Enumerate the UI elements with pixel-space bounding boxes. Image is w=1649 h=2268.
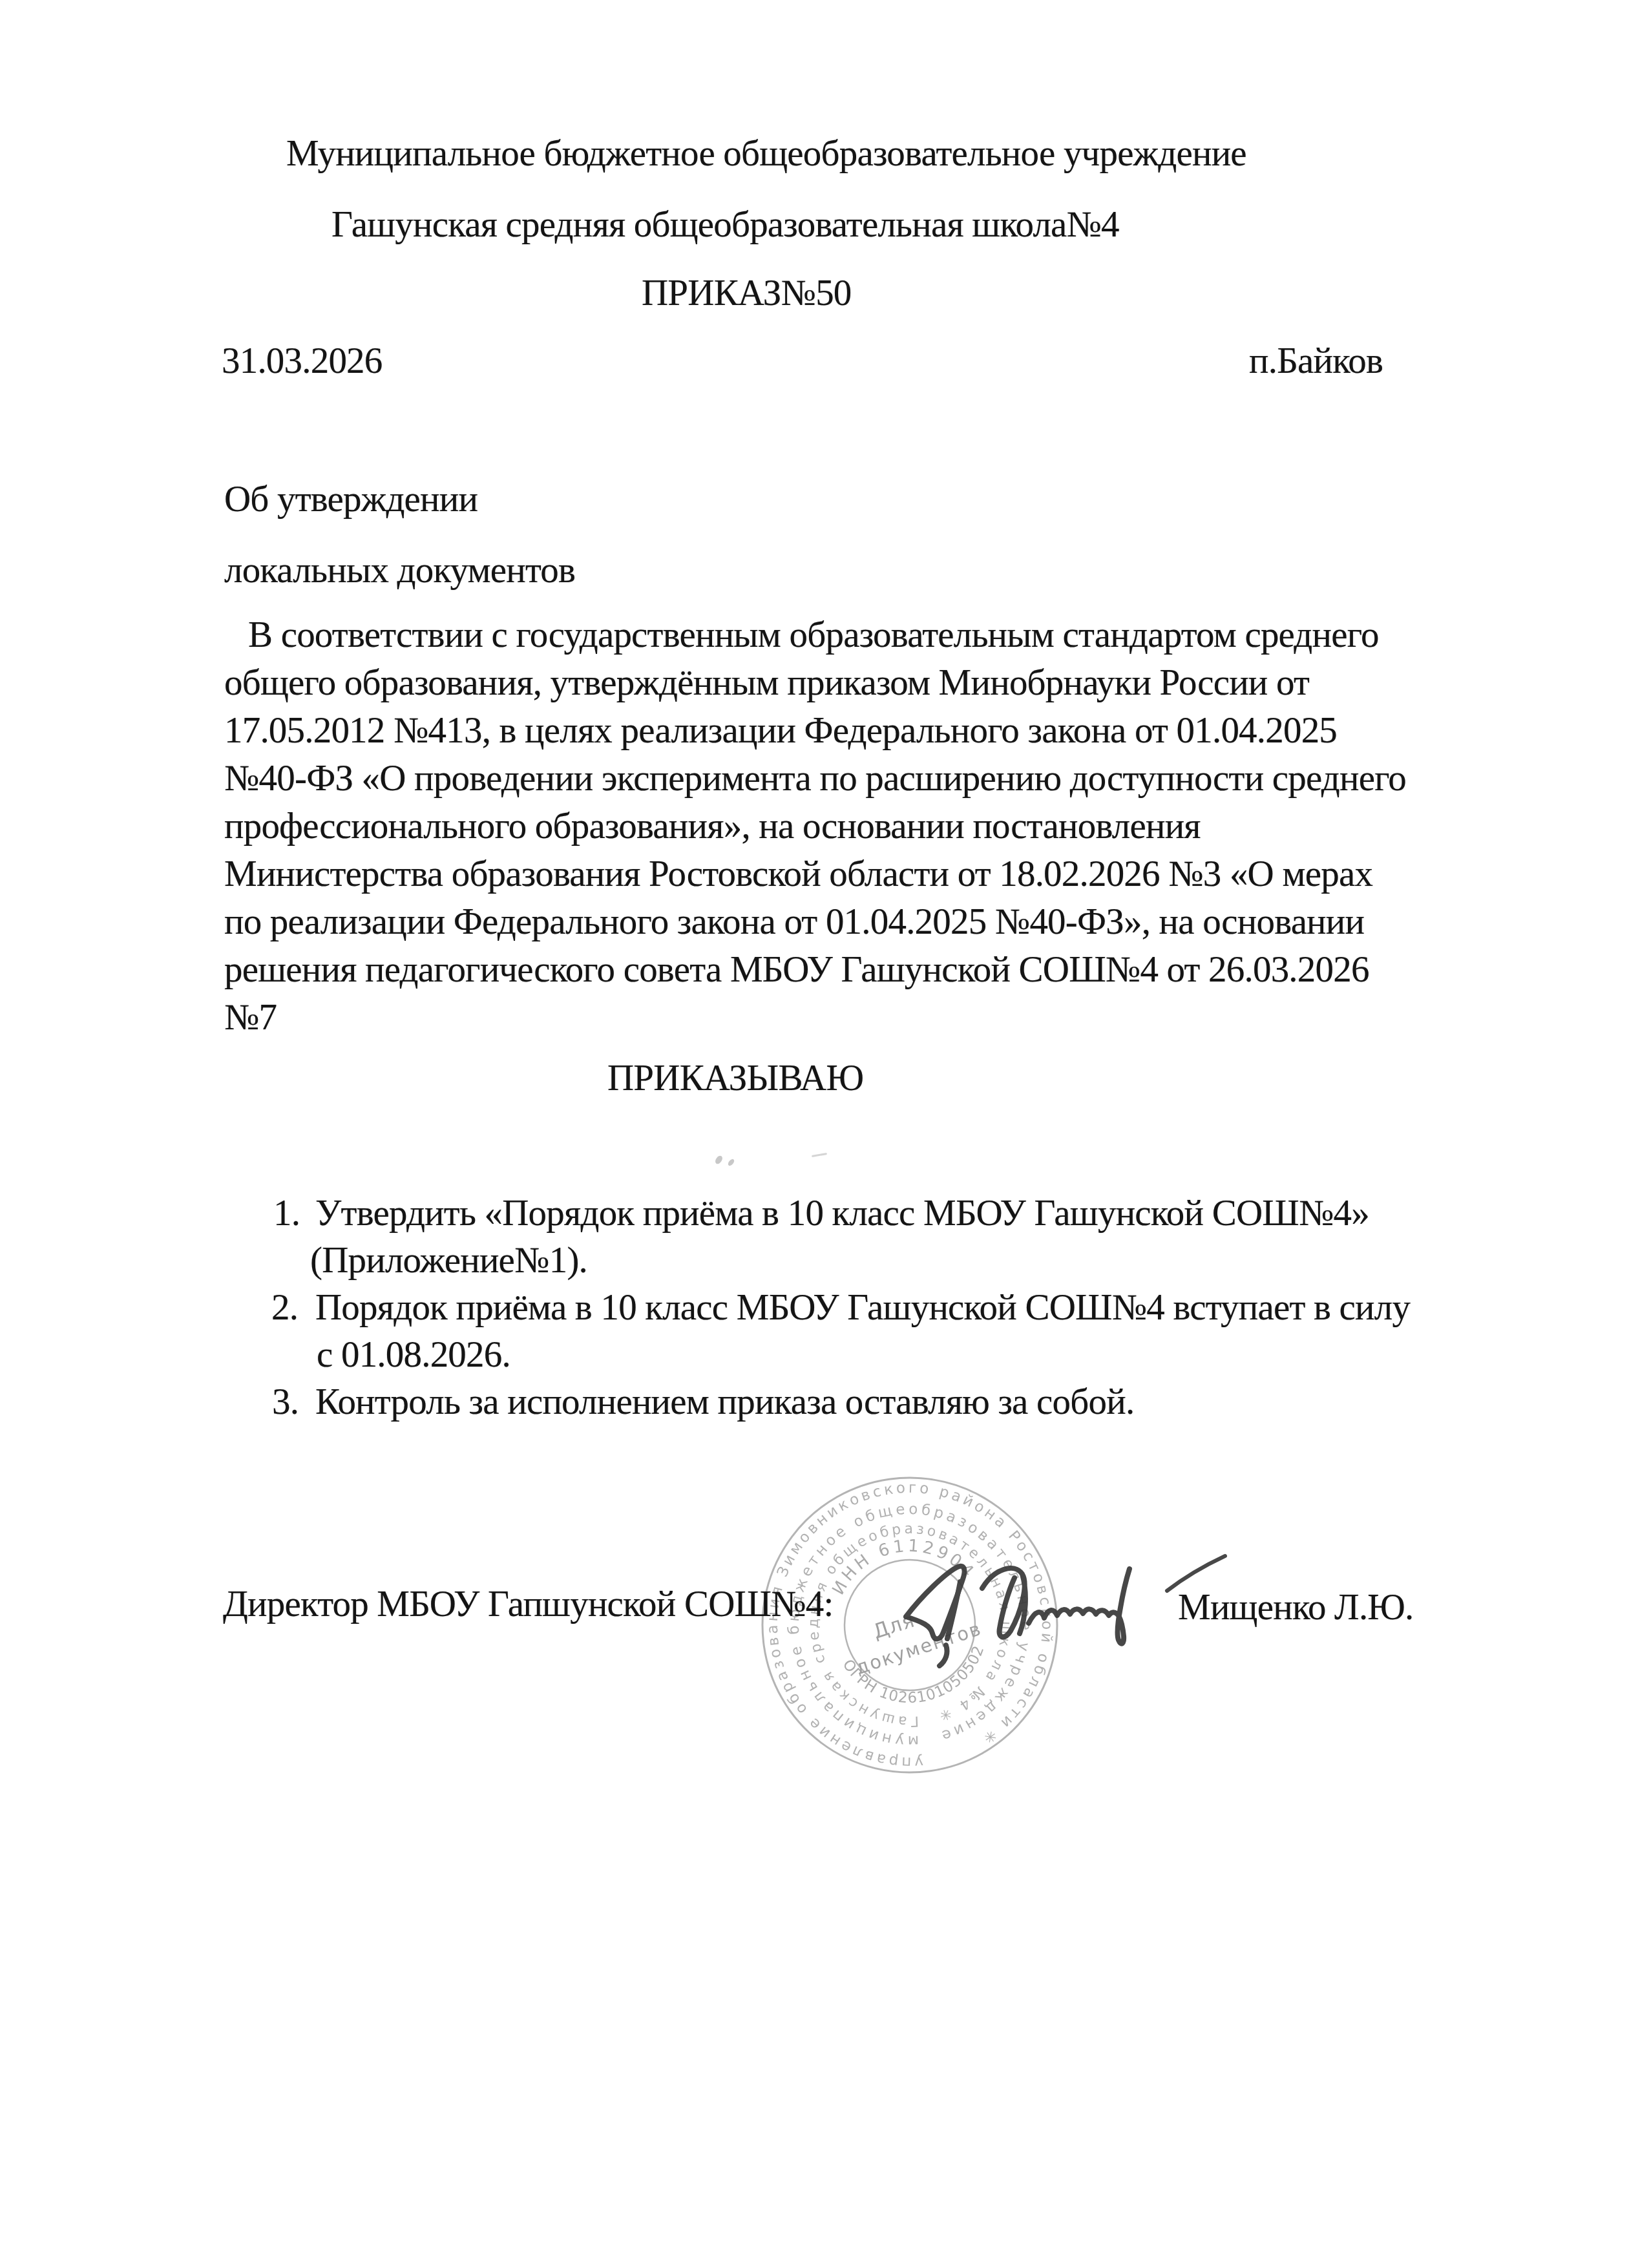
list-item-1-number: 1. bbox=[273, 1192, 300, 1235]
directive-heading: ПРИКАЗЫВАЮ bbox=[607, 1056, 863, 1100]
scan-speckle bbox=[812, 1153, 827, 1157]
document-page: Муниципальное бюджетное общеобразователь… bbox=[0, 0, 1649, 2268]
subject-line2: локальных документов bbox=[224, 549, 575, 593]
list-item-1-line1: Утвердить «Порядок приёма в 10 класс МБО… bbox=[315, 1192, 1369, 1235]
list-item-3-line1: Контроль за исполнением приказа оставляю… bbox=[315, 1380, 1134, 1424]
list-item-2-line1: Порядок приёма в 10 класс МБОУ Гашунской… bbox=[315, 1286, 1410, 1330]
list-item-2-line2: с 01.08.2026. bbox=[317, 1333, 510, 1377]
signature-name: Мищенко Л.Ю. bbox=[1178, 1586, 1414, 1630]
order-date: 31.03.2026 bbox=[222, 339, 383, 383]
order-place: п.Байков bbox=[1249, 339, 1383, 383]
list-item-1-line2: (Приложение№1). bbox=[310, 1239, 587, 1283]
signature-role: Директор МБОУ Гапшунской СОШ№4: bbox=[223, 1582, 834, 1626]
scan-speckle bbox=[714, 1155, 724, 1166]
preamble-line: №40-ФЗ «О проведении эксперимента по рас… bbox=[224, 755, 1400, 803]
subject-line1: Об утверждении bbox=[224, 478, 478, 521]
list-item-3-number: 3. bbox=[272, 1380, 299, 1424]
org-name-line2: Гашунская средняя общеобразовательная шк… bbox=[331, 203, 1119, 247]
preamble-paragraph: В соответствии с государственным образов… bbox=[224, 611, 1400, 1042]
preamble-line: №7 bbox=[224, 994, 1400, 1042]
preamble-line: В соответствии с государственным образов… bbox=[224, 611, 1400, 659]
preamble-line: 17.05.2012 №413, в целях реализации Феде… bbox=[224, 707, 1400, 755]
signature-stroke bbox=[940, 1582, 960, 1666]
signature-stroke bbox=[1029, 1569, 1129, 1644]
preamble-line: по реализации Федерального закона от 01.… bbox=[224, 898, 1400, 946]
scan-speckle bbox=[727, 1158, 735, 1167]
preamble-line: решения педагогического совета МБОУ Гашу… bbox=[224, 946, 1400, 994]
order-title: ПРИКАЗ№50 bbox=[642, 271, 852, 315]
list-item-2-number: 2. bbox=[271, 1286, 298, 1330]
preamble-line: профессионального образования», на основ… bbox=[224, 803, 1400, 850]
preamble-line: Министерства образования Ростовской обла… bbox=[224, 850, 1400, 898]
preamble-line: общего образования, утверждённым приказо… bbox=[224, 659, 1400, 707]
signature-stroke bbox=[982, 1568, 1025, 1637]
org-name-line1: Муниципальное бюджетное общеобразователь… bbox=[286, 132, 1246, 176]
